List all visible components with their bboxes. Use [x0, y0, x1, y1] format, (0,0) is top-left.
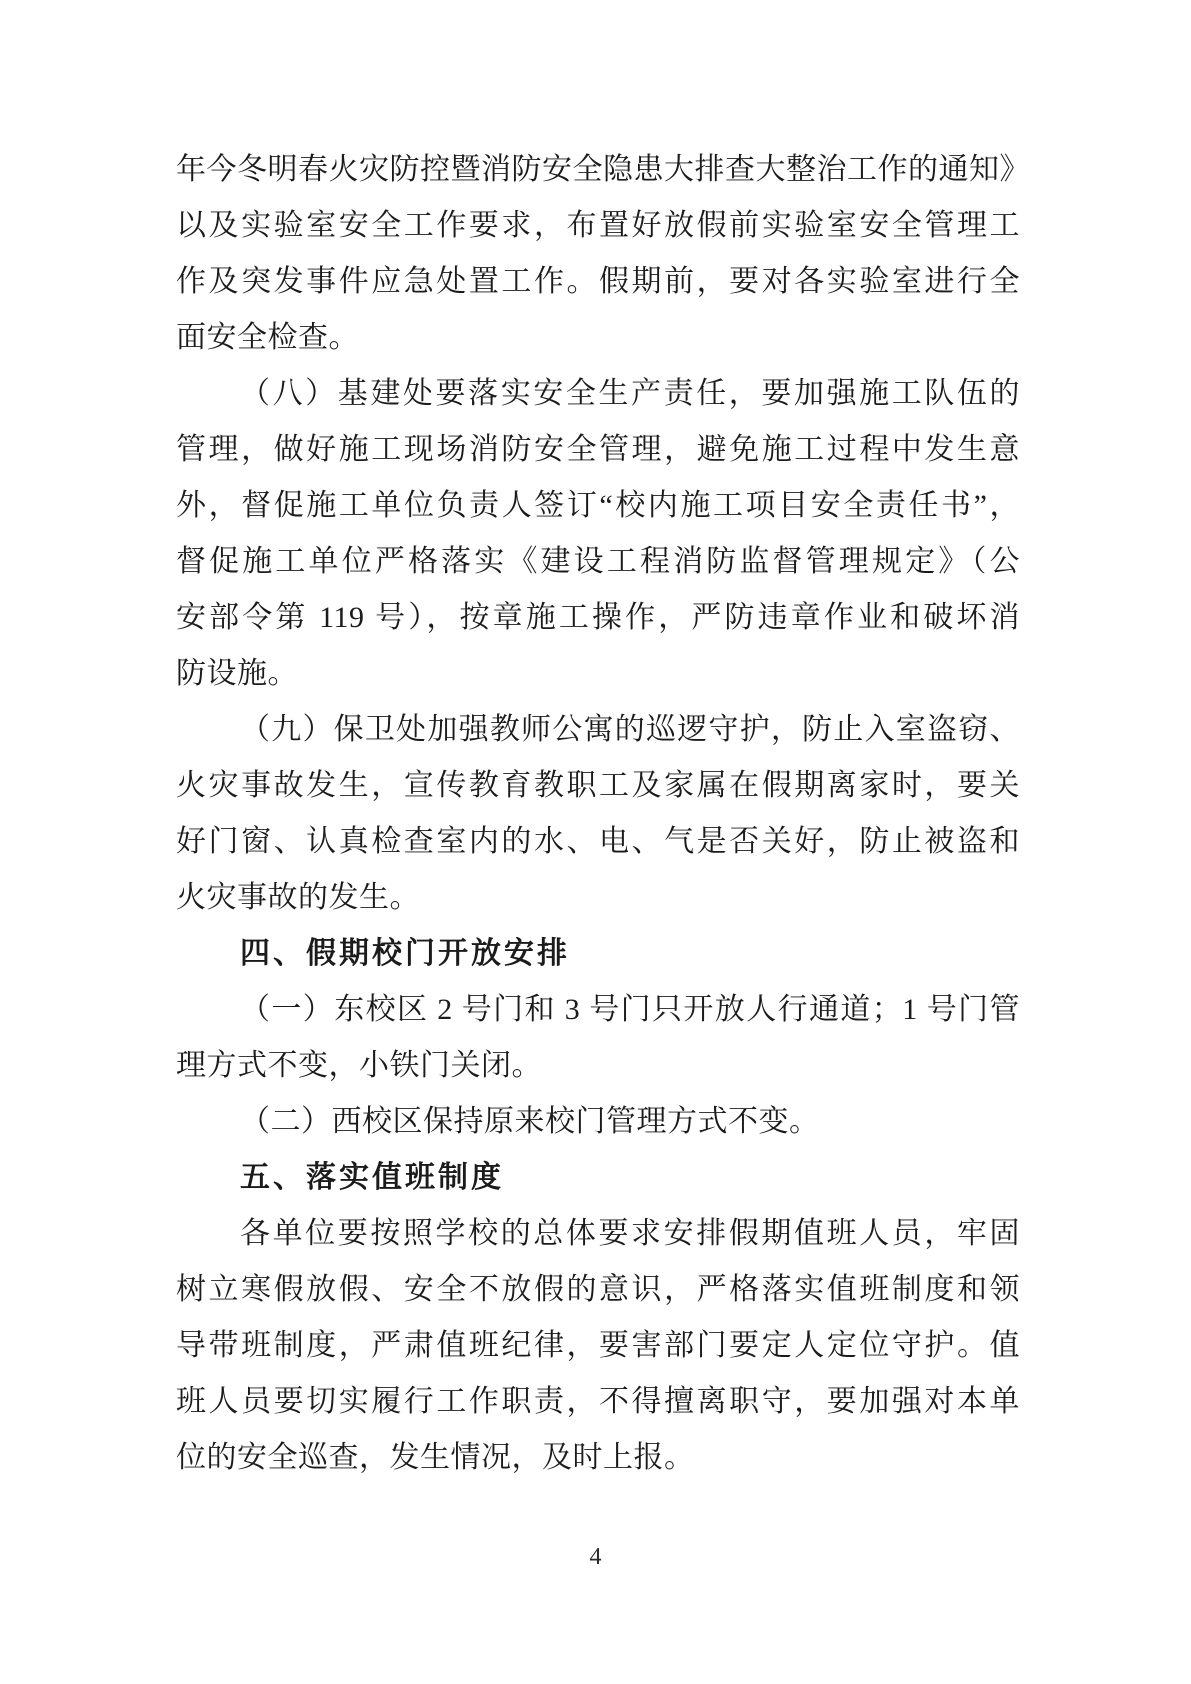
- text-line: 安部令第 119 号），按章施工操作，严防违章作业和破坏消: [176, 590, 1020, 646]
- text-line: 外，督促施工单位负责人签订“校内施工项目安全责任书”，: [176, 478, 1020, 534]
- text-line: 导带班制度，严肃值班纪律，要害部门要定人定位守护。值: [176, 1318, 1020, 1374]
- text-line: 面安全检查。: [176, 310, 1020, 366]
- text-line: （八）基建处要落实安全生产责任，要加强施工队伍的: [176, 366, 1020, 422]
- text-line: 班人员要切实履行工作职责，不得擅离职守，要加强对本单: [176, 1374, 1020, 1430]
- text-line: （二）西校区保持原来校门管理方式不变。: [176, 1094, 1020, 1150]
- page-number: 4: [0, 1544, 1191, 1571]
- document-body: 年今冬明春火灾防控暨消防安全隐患大排查大整治工作的通知》以及实验室安全工作要求，…: [176, 142, 1020, 1486]
- text-line: 督促施工单位严格落实《建设工程消防监督管理规定》（公: [176, 534, 1020, 590]
- text-line: 理方式不变，小铁门关闭。: [176, 1038, 1020, 1094]
- text-line: 位的安全巡查，发生情况，及时上报。: [176, 1430, 1020, 1486]
- text-line: 各单位要按照学校的总体要求安排假期值班人员，牢固: [176, 1206, 1020, 1262]
- text-line: 作及突发事件应急处置工作。假期前，要对各实验室进行全: [176, 254, 1020, 310]
- text-line: 火灾事故发生，宣传教育教职工及家属在假期离家时，要关: [176, 758, 1020, 814]
- text-line: 树立寒假放假、安全不放假的意识，严格落实值班制度和领: [176, 1262, 1020, 1318]
- text-line: 防设施。: [176, 646, 1020, 702]
- text-line: 好门窗、认真检查室内的水、电、气是否关好，防止被盗和: [176, 814, 1020, 870]
- text-line: 火灾事故的发生。: [176, 870, 1020, 926]
- text-line: （九）保卫处加强教师公寓的巡逻守护，防止入室盗窃、: [176, 702, 1020, 758]
- text-line: 年今冬明春火灾防控暨消防安全隐患大排查大整治工作的通知》: [176, 142, 1020, 198]
- section-heading: 四、假期校门开放安排: [176, 926, 1020, 982]
- document-page: 年今冬明春火灾防控暨消防安全隐患大排查大整治工作的通知》以及实验室安全工作要求，…: [0, 0, 1191, 1684]
- section-heading: 五、落实值班制度: [176, 1150, 1020, 1206]
- text-line: 管理，做好施工现场消防安全管理，避免施工过程中发生意: [176, 422, 1020, 478]
- text-line: （一）东校区 2 号门和 3 号门只开放人行通道；1 号门管: [176, 982, 1020, 1038]
- text-line: 以及实验室安全工作要求，布置好放假前实验室安全管理工: [176, 198, 1020, 254]
